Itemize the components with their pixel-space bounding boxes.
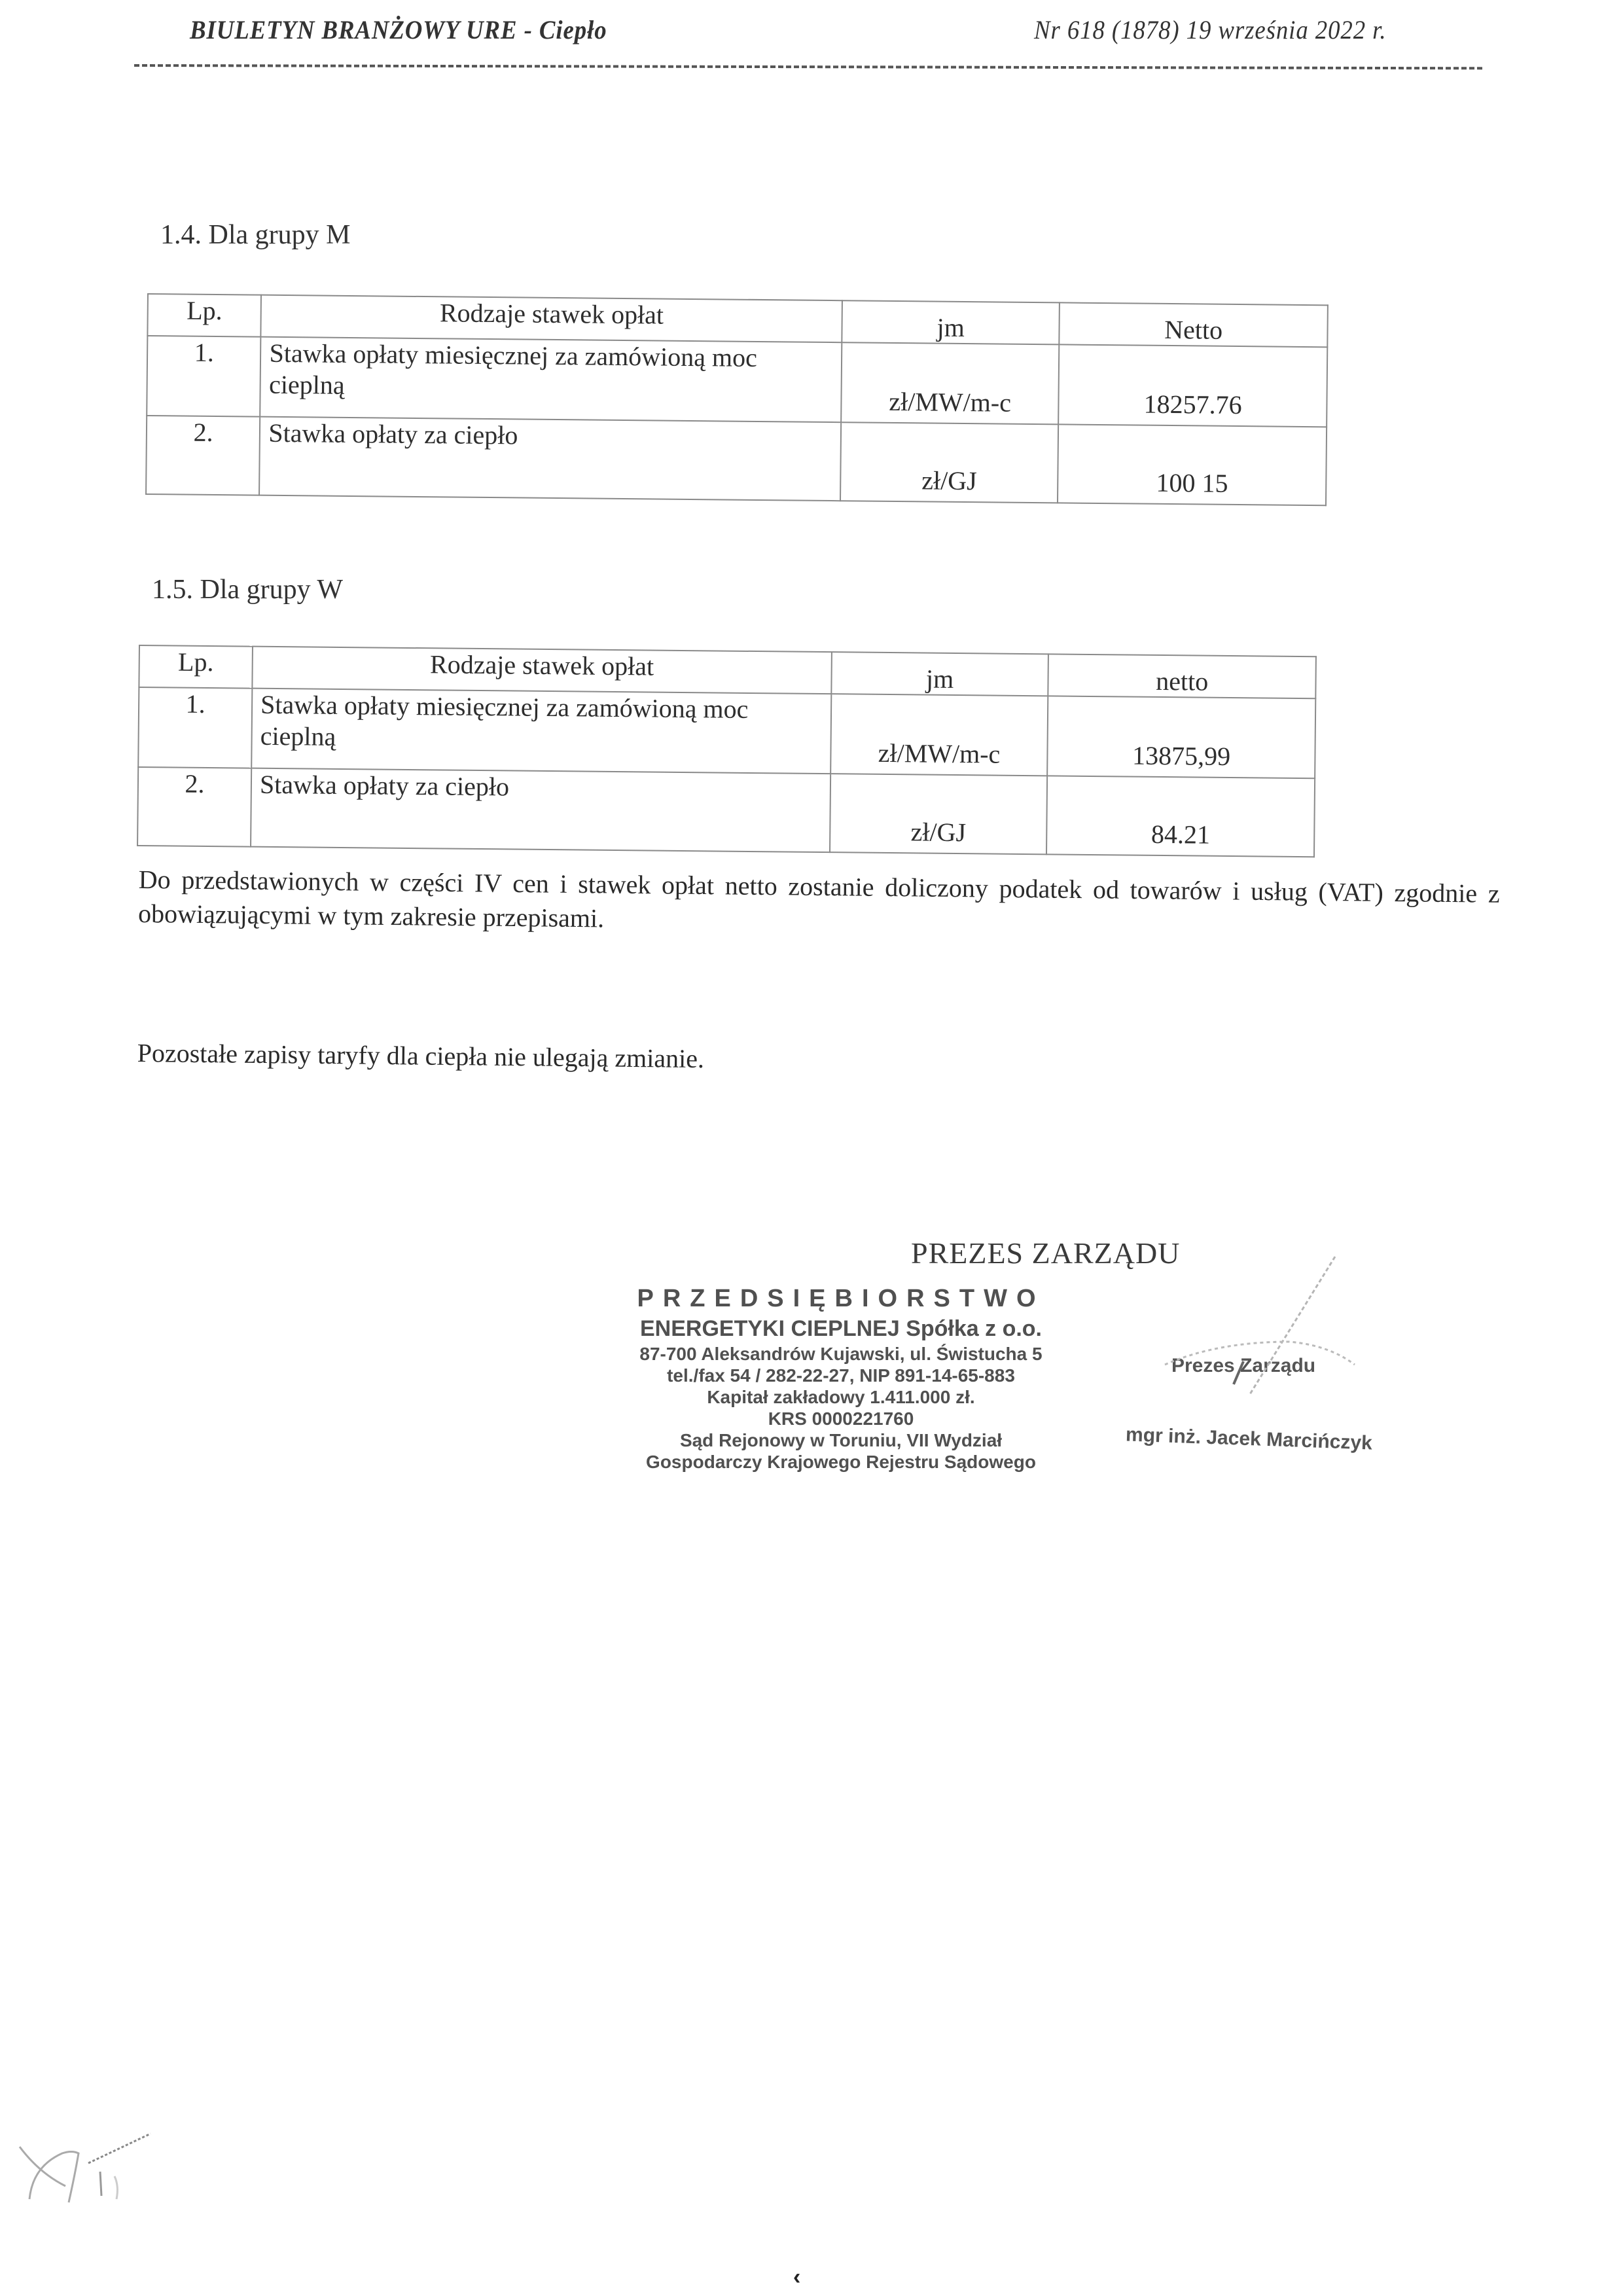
- issue-number-date: Nr 618 (1878) 19 września 2022 r.: [1034, 14, 1386, 45]
- column-header-lp: Lp.: [147, 294, 261, 337]
- row-lp: 1.: [147, 336, 261, 417]
- row-unit: zł/MW/m-c: [830, 694, 1048, 776]
- row-lp: 2.: [146, 416, 260, 495]
- column-header-lp: Lp.: [139, 645, 253, 689]
- row-rate-name: Stawka opłaty za ciepło: [251, 768, 830, 852]
- initials-signature-icon: [13, 2127, 183, 2212]
- column-header-netto: netto: [1048, 654, 1316, 698]
- stamp-line: Sąd Rejonowy w Toruniu, VII Wydział: [615, 1429, 1067, 1451]
- company-stamp: PRZEDSIĘBIORSTWO ENERGETYKI CIEPLNEJ Spó…: [615, 1283, 1067, 1473]
- stamp-line: Gospodarczy Krajowego Rejestru Sądowego: [615, 1451, 1067, 1473]
- row-rate-name: Stawka opłaty za ciepło: [259, 417, 841, 501]
- stamp-line: ENERGETYKI CIEPLNEJ Spółka z o.o.: [615, 1314, 1067, 1343]
- stamp-line: PRZEDSIĘBIORSTWO: [615, 1283, 1067, 1314]
- column-header-netto: Netto: [1060, 302, 1328, 347]
- handwritten-signature-icon: [1139, 1244, 1361, 1414]
- column-header-rate-type: Rodzaje stawek opłat: [252, 647, 831, 694]
- signatory-name: mgr inż. Jacek Marcińczyk: [1126, 1424, 1373, 1454]
- page-mark: ‹: [793, 2265, 800, 2290]
- row-netto-value: 13875,99: [1048, 696, 1316, 778]
- section-title-group-w: 1.5. Dla grupy W: [152, 574, 343, 605]
- row-unit: zł/GJ: [840, 422, 1058, 503]
- row-lp: 2.: [137, 767, 251, 847]
- row-netto-value: 84.21: [1046, 776, 1315, 857]
- row-lp: 1.: [138, 687, 252, 768]
- stamp-line: Kapitał zakładowy 1.411.000 zł.: [615, 1386, 1067, 1408]
- closing-note: Pozostałe zapisy taryfy dla ciepła nie u…: [137, 1037, 705, 1074]
- column-header-rate-type: Rodzaje stawek opłat: [261, 295, 842, 343]
- stamp-line: tel./fax 54 / 282-22-27, NIP 891-14-65-8…: [615, 1365, 1067, 1386]
- table-row: 1. Stawka opłaty miesięcznej za zamówion…: [147, 336, 1327, 427]
- row-rate-name: Stawka opłaty miesięcznej za zamówioną m…: [251, 689, 831, 774]
- row-rate-name: Stawka opłaty miesięcznej za zamówioną m…: [260, 337, 842, 423]
- stamp-line: 87-700 Aleksandrów Kujawski, ul. Świstuc…: [615, 1343, 1067, 1365]
- stamp-line: KRS 0000221760: [615, 1408, 1067, 1429]
- publication-title: BIULETYN BRANŻOWY URE - Ciepło: [190, 14, 607, 45]
- tariff-table-group-m: Lp. Rodzaje stawek opłat jm Netto 1. Sta…: [145, 293, 1329, 506]
- row-unit: zł/GJ: [830, 774, 1048, 854]
- table-row: 2. Stawka opłaty za ciepło zł/GJ 100 15: [146, 416, 1327, 505]
- vat-note: Do przedstawionych w części IV cen i sta…: [138, 863, 1500, 945]
- row-netto-value: 18257.76: [1058, 344, 1327, 427]
- tariff-table-group-w: Lp. Rodzaje stawek opłat jm netto 1. Sta…: [137, 645, 1317, 857]
- section-title-group-m: 1.4. Dla grupy M: [160, 219, 350, 251]
- row-netto-value: 100 15: [1058, 424, 1327, 505]
- column-header-unit: jm: [842, 300, 1060, 344]
- table-row: 1. Stawka opłaty miesięcznej za zamówion…: [138, 687, 1315, 778]
- column-header-unit: jm: [831, 652, 1048, 696]
- row-unit: zł/MW/m-c: [841, 342, 1059, 424]
- header-divider: [134, 64, 1482, 69]
- table-row: 2. Stawka opłaty za ciepło zł/GJ 84.21: [137, 767, 1315, 857]
